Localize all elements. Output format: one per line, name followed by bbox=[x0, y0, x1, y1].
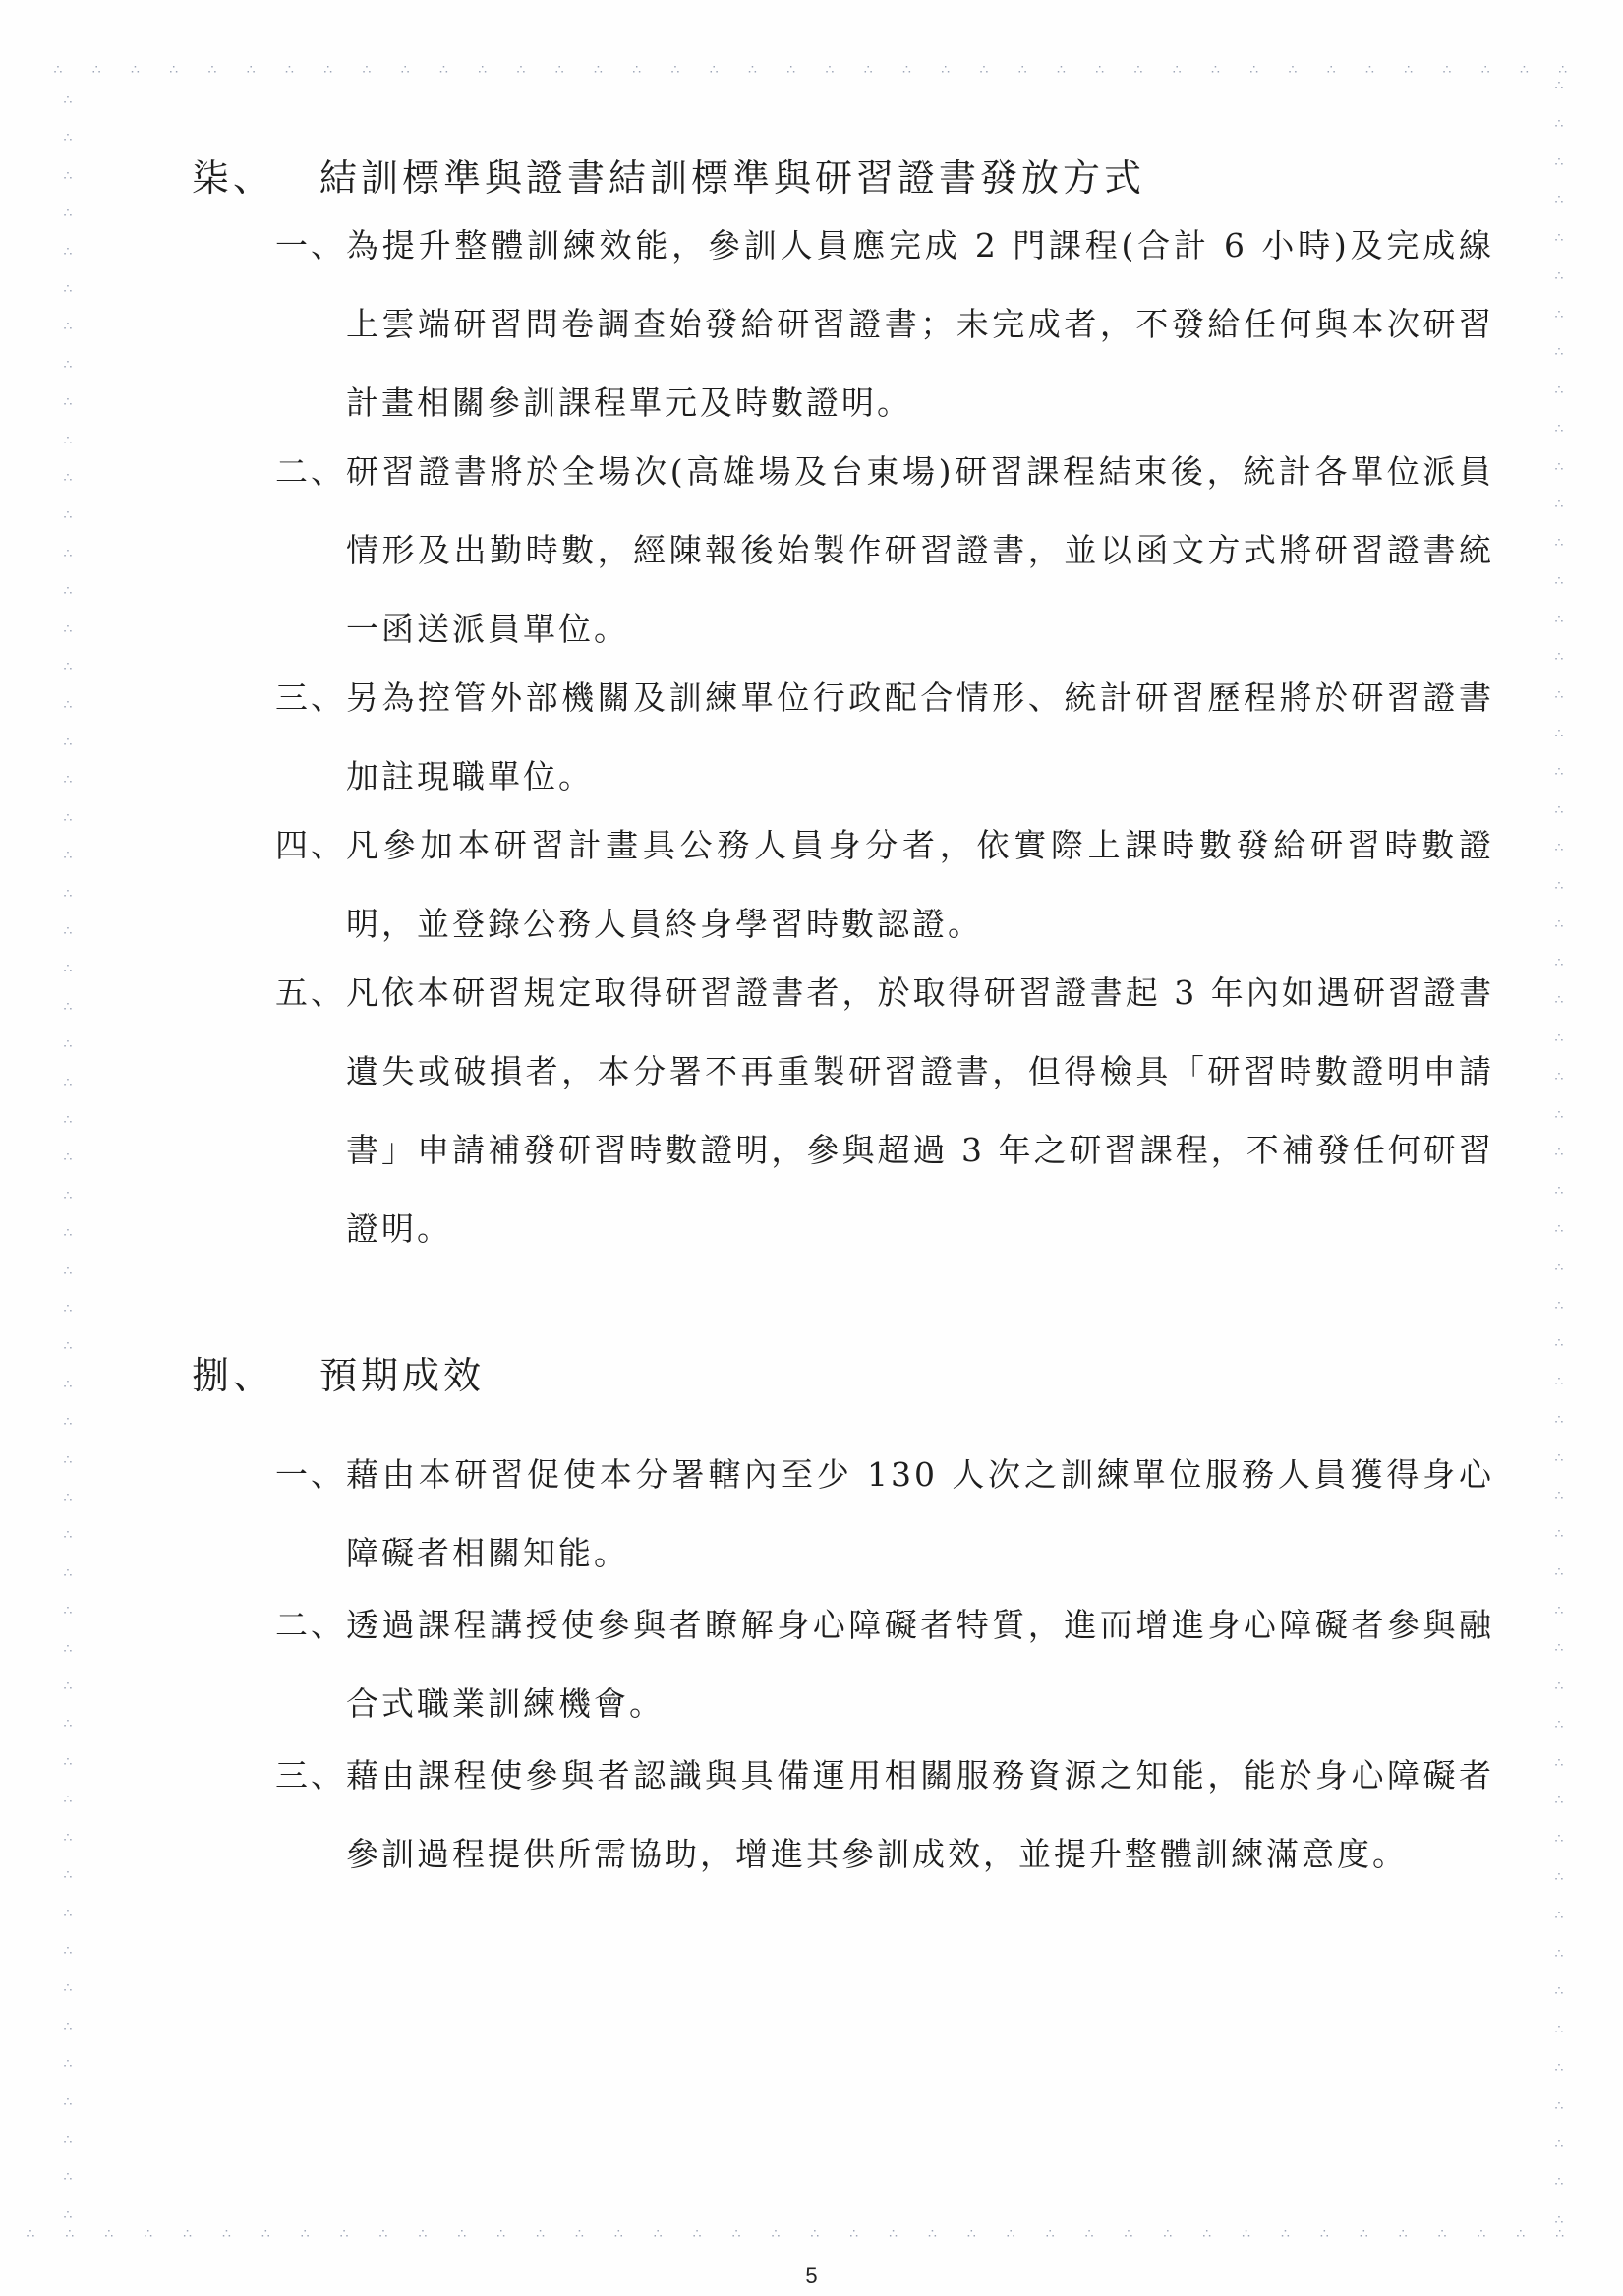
border-ornament-icon: ∴ bbox=[1552, 1565, 1566, 1579]
border-ornament-icon: ∴ bbox=[360, 63, 374, 77]
border-ornament-icon: ∴ bbox=[61, 1981, 75, 1995]
border-ornament-icon: ∴ bbox=[572, 2227, 586, 2241]
border-ornament-icon: ∴ bbox=[61, 1566, 75, 1580]
border-ornament-icon: ∴ bbox=[61, 1604, 75, 1618]
border-ornament-icon: ∴ bbox=[61, 93, 75, 107]
item-marker: 三、 bbox=[275, 1737, 346, 1815]
list-item: 二、 研習證書將於全場次(高雄場及台東場)研習課程結束後，統計各單位派員情形及出… bbox=[275, 433, 1494, 669]
border-ornament-icon: ∴ bbox=[1552, 1261, 1566, 1274]
border-ornament-icon: ∴ bbox=[61, 2020, 75, 2033]
border-ornament-icon: ∴ bbox=[1552, 1527, 1566, 1541]
border-ornament-icon: ∴ bbox=[1475, 2227, 1488, 2241]
border-ornament-icon: ∴ bbox=[61, 2170, 75, 2184]
border-ornament-icon: ∴ bbox=[707, 63, 721, 77]
border-ornament-icon: ∴ bbox=[61, 471, 75, 485]
border-ornament-icon: ∴ bbox=[61, 660, 75, 674]
border-ornament-icon: ∴ bbox=[1200, 2227, 1214, 2241]
border-ornament-icon: ∴ bbox=[1552, 79, 1566, 92]
section-title: 預期成效 bbox=[319, 1354, 485, 1397]
border-ornament-icon: ∴ bbox=[1552, 231, 1566, 245]
border-ornament-icon: ∴ bbox=[1552, 536, 1566, 550]
border-ornament-icon: ∴ bbox=[1170, 63, 1184, 77]
border-ornament-icon: ∴ bbox=[51, 63, 65, 77]
item-text: 另為控管外部機關及訓練單位行政配合情形、統計研習歷程將於研習證書加註現職單位。 bbox=[346, 659, 1494, 816]
border-ornament-icon: ∴ bbox=[1518, 63, 1532, 77]
border-ornament-icon: ∴ bbox=[244, 63, 258, 77]
border-ornament-icon: ∴ bbox=[61, 206, 75, 220]
border-ornament-icon: ∴ bbox=[61, 282, 75, 296]
border-ornament-icon: ∴ bbox=[1552, 879, 1566, 893]
border-ornament-icon: ∴ bbox=[1552, 765, 1566, 779]
document-page: ∴∴∴∴∴∴∴∴∴∴∴∴∴∴∴∴∴∴∴∴∴∴∴∴∴∴∴∴∴∴∴∴∴∴∴∴∴∴∴∴… bbox=[0, 0, 1623, 2296]
border-ornament-icon: ∴ bbox=[630, 63, 644, 77]
border-ornament-icon: ∴ bbox=[61, 1907, 75, 1920]
border-ornament-icon: ∴ bbox=[61, 1528, 75, 1542]
border-ornament-icon: ∴ bbox=[61, 395, 75, 409]
border-ornament-icon: ∴ bbox=[925, 2227, 939, 2241]
border-ornament-icon: ∴ bbox=[61, 1339, 75, 1353]
border-ornament-icon: ∴ bbox=[1093, 63, 1107, 77]
border-ornament-icon: ∴ bbox=[24, 2227, 37, 2241]
border-ornament-icon: ∴ bbox=[1552, 1451, 1566, 1465]
item-marker: 三、 bbox=[275, 659, 346, 737]
border-ornament-icon: ∴ bbox=[729, 2227, 743, 2241]
page-number: 5 bbox=[0, 2264, 1623, 2289]
section-heading-8: 捌、預期成效 bbox=[192, 1345, 485, 1399]
border-ornament-icon: ∴ bbox=[61, 1793, 75, 1806]
border-ornament-icon: ∴ bbox=[61, 1226, 75, 1240]
border-ornament-icon: ∴ bbox=[847, 2227, 861, 2241]
border-ornament-icon: ∴ bbox=[1552, 2213, 1566, 2227]
border-ornament-icon: ∴ bbox=[283, 63, 297, 77]
border-ornament-icon: ∴ bbox=[61, 1491, 75, 1504]
border-ornament-icon: ∴ bbox=[298, 2227, 312, 2241]
border-ornament-icon: ∴ bbox=[1279, 2227, 1293, 2241]
item-marker: 二、 bbox=[275, 1586, 346, 1665]
border-ornament-icon: ∴ bbox=[61, 698, 75, 712]
border-ornament-icon: ∴ bbox=[1015, 63, 1029, 77]
border-ornament-icon: ∴ bbox=[887, 2227, 900, 2241]
border-ornament-icon: ∴ bbox=[61, 1755, 75, 1769]
border-ornament-icon: ∴ bbox=[61, 1415, 75, 1429]
item-text: 研習證書將於全場次(高雄場及台東場)研習課程結束後，統計各單位派員情形及出勤時數… bbox=[346, 433, 1494, 669]
border-ornament-icon: ∴ bbox=[259, 2227, 272, 2241]
border-ornament-icon: ∴ bbox=[823, 63, 837, 77]
border-ornament-icon: ∴ bbox=[1553, 2227, 1567, 2241]
border-ornament-icon: ∴ bbox=[977, 63, 991, 77]
border-ornament-icon: ∴ bbox=[61, 1076, 75, 1089]
border-ornament-icon: ∴ bbox=[939, 63, 953, 77]
border-ornament-icon: ∴ bbox=[1552, 498, 1566, 511]
list-item: 一、 藉由本研習促使本分署轄內至少 130 人次之訓練單位服務人員獲得身心障礙者… bbox=[275, 1436, 1494, 1593]
border-ornament-icon: ∴ bbox=[1122, 2227, 1135, 2241]
border-ornament-icon: ∴ bbox=[61, 2095, 75, 2109]
border-ornament-icon: ∴ bbox=[552, 63, 566, 77]
border-ornament-icon: ∴ bbox=[1161, 2227, 1175, 2241]
border-ornament-icon: ∴ bbox=[1552, 917, 1566, 931]
border-ornament-icon: ∴ bbox=[61, 1000, 75, 1014]
border-ornament-icon: ∴ bbox=[964, 2227, 978, 2241]
border-ornament-icon: ∴ bbox=[61, 1150, 75, 1164]
border-ornament-icon: ∴ bbox=[1552, 1222, 1566, 1236]
border-ornament-icon: ∴ bbox=[1247, 63, 1261, 77]
list-item: 三、 藉由課程使參與者認識與具備運用相關服務資源之知能，能於身心障礙者參訓過程提… bbox=[275, 1737, 1494, 1894]
border-ornament-icon: ∴ bbox=[1552, 993, 1566, 1007]
border-ornament-icon: ∴ bbox=[1552, 422, 1566, 436]
border-ornament-icon: ∴ bbox=[61, 434, 75, 447]
border-ornament-icon: ∴ bbox=[1552, 383, 1566, 397]
item-marker: 四、 bbox=[275, 806, 346, 885]
border-ornament-icon: ∴ bbox=[1552, 308, 1566, 322]
list-item: 三、 另為控管外部機關及訓練單位行政配合情形、統計研習歷程將於研習證書加註現職單… bbox=[275, 659, 1494, 816]
border-ornament-icon: ∴ bbox=[61, 773, 75, 787]
border-ornament-icon: ∴ bbox=[61, 320, 75, 333]
border-ornament-icon: ∴ bbox=[416, 2227, 430, 2241]
border-ornament-icon: ∴ bbox=[1552, 803, 1566, 817]
border-ornament-icon: ∴ bbox=[900, 63, 914, 77]
item-text: 凡參加本研習計畫具公務人員身分者，依實際上課時數發給研習時數證明，並登錄公務人員… bbox=[346, 806, 1494, 964]
item-marker: 五、 bbox=[275, 954, 346, 1032]
border-ornament-icon: ∴ bbox=[1055, 63, 1069, 77]
border-ornament-icon: ∴ bbox=[1317, 2227, 1331, 2241]
border-ornament-icon: ∴ bbox=[1004, 2227, 1017, 2241]
border-ornament-icon: ∴ bbox=[1396, 2227, 1410, 2241]
border-ornament-icon: ∴ bbox=[61, 508, 75, 522]
border-ornament-icon: ∴ bbox=[437, 63, 451, 77]
border-ornament-icon: ∴ bbox=[1552, 1413, 1566, 1427]
border-ornament-icon: ∴ bbox=[61, 736, 75, 749]
item-text: 為提升整體訓練效能，參訓人員應完成 2 門課程(合計 6 小時)及完成線上雲端研… bbox=[346, 206, 1494, 442]
border-ornament-icon: ∴ bbox=[61, 584, 75, 598]
border-ornament-icon: ∴ bbox=[1552, 155, 1566, 169]
border-ornament-icon: ∴ bbox=[167, 63, 181, 77]
border-ornament-icon: ∴ bbox=[61, 2057, 75, 2071]
border-ornament-icon: ∴ bbox=[1552, 841, 1566, 854]
border-ornament-icon: ∴ bbox=[61, 811, 75, 825]
border-ornament-icon: ∴ bbox=[1552, 1679, 1566, 1693]
border-ornament-icon: ∴ bbox=[1324, 63, 1338, 77]
border-ornament-icon: ∴ bbox=[219, 2227, 233, 2241]
border-ornament-icon: ∴ bbox=[61, 547, 75, 560]
border-ornament-icon: ∴ bbox=[1082, 2227, 1096, 2241]
border-ornament-icon: ∴ bbox=[1552, 956, 1566, 970]
border-ornament-icon: ∴ bbox=[746, 63, 760, 77]
border-ornament-icon: ∴ bbox=[398, 63, 412, 77]
decorative-border-top: ∴∴∴∴∴∴∴∴∴∴∴∴∴∴∴∴∴∴∴∴∴∴∴∴∴∴∴∴∴∴∴∴∴∴∴∴∴∴∴∴ bbox=[51, 63, 1570, 83]
border-ornament-icon: ∴ bbox=[1478, 63, 1492, 77]
border-ornament-icon: ∴ bbox=[1552, 727, 1566, 740]
decorative-border-right: ∴∴∴∴∴∴∴∴∴∴∴∴∴∴∴∴∴∴∴∴∴∴∴∴∴∴∴∴∴∴∴∴∴∴∴∴∴∴∴∴… bbox=[1552, 79, 1572, 2227]
border-ornament-icon: ∴ bbox=[494, 2227, 508, 2241]
section-title: 結訓標準與證書結訓標準與研習證書發放方式 bbox=[319, 156, 1145, 200]
border-ornament-icon: ∴ bbox=[1552, 1336, 1566, 1350]
border-ornament-icon: ∴ bbox=[61, 1831, 75, 1845]
border-ornament-icon: ∴ bbox=[1552, 1794, 1566, 1807]
border-ornament-icon: ∴ bbox=[377, 2227, 390, 2241]
border-ornament-icon: ∴ bbox=[1552, 1756, 1566, 1770]
section-heading-7: 柒、結訓標準與證書結訓標準與研習證書發放方式 bbox=[192, 147, 1145, 202]
border-ornament-icon: ∴ bbox=[1440, 63, 1454, 77]
border-ornament-icon: ∴ bbox=[61, 1265, 75, 1278]
border-ornament-icon: ∴ bbox=[61, 2133, 75, 2147]
border-ornament-icon: ∴ bbox=[61, 924, 75, 938]
border-ornament-icon: ∴ bbox=[1552, 574, 1566, 588]
border-ornament-icon: ∴ bbox=[129, 63, 143, 77]
border-ornament-icon: ∴ bbox=[61, 1189, 75, 1203]
border-ornament-icon: ∴ bbox=[1552, 1146, 1566, 1159]
border-ornament-icon: ∴ bbox=[592, 63, 606, 77]
border-ornament-icon: ∴ bbox=[611, 2227, 625, 2241]
item-text: 透過課程講授使參與者瞭解身心障礙者特質，進而增進身心障礙者參與融合式職業訓練機會… bbox=[346, 1586, 1494, 1743]
border-ornament-icon: ∴ bbox=[1043, 2227, 1057, 2241]
border-ornament-icon: ∴ bbox=[61, 1037, 75, 1051]
border-ornament-icon: ∴ bbox=[784, 63, 798, 77]
border-ornament-icon: ∴ bbox=[1552, 345, 1566, 359]
border-ornament-icon: ∴ bbox=[61, 1378, 75, 1391]
border-ornament-icon: ∴ bbox=[61, 2208, 75, 2222]
border-ornament-icon: ∴ bbox=[1552, 1299, 1566, 1313]
border-ornament-icon: ∴ bbox=[514, 63, 528, 77]
border-ornament-icon: ∴ bbox=[61, 1679, 75, 1693]
border-ornament-icon: ∴ bbox=[61, 358, 75, 372]
border-ornament-icon: ∴ bbox=[476, 63, 490, 77]
border-ornament-icon: ∴ bbox=[1552, 1604, 1566, 1618]
border-ornament-icon: ∴ bbox=[61, 1453, 75, 1467]
border-ornament-icon: ∴ bbox=[1552, 1832, 1566, 1846]
border-ornament-icon: ∴ bbox=[1552, 1070, 1566, 1084]
list-item: 四、 凡參加本研習計畫具公務人員身分者，依實際上課時數發給研習時數證明，並登錄公… bbox=[275, 806, 1494, 964]
list-item: 五、 凡依本研習規定取得研習證書者，於取得研習證書起 3 年內如遇研習證書遺失或… bbox=[275, 954, 1494, 1268]
border-ornament-icon: ∴ bbox=[321, 63, 335, 77]
border-ornament-icon: ∴ bbox=[668, 63, 682, 77]
border-ornament-icon: ∴ bbox=[769, 2227, 783, 2241]
border-ornament-icon: ∴ bbox=[1552, 2175, 1566, 2189]
border-ornament-icon: ∴ bbox=[205, 63, 219, 77]
border-ornament-icon: ∴ bbox=[1552, 1718, 1566, 1732]
border-ornament-icon: ∴ bbox=[1552, 269, 1566, 283]
border-ornament-icon: ∴ bbox=[690, 2227, 704, 2241]
border-ornament-icon: ∴ bbox=[1552, 650, 1566, 664]
border-ornament-icon: ∴ bbox=[1552, 613, 1566, 626]
border-ornament-icon: ∴ bbox=[1552, 2099, 1566, 2113]
border-ornament-icon: ∴ bbox=[1552, 1184, 1566, 1198]
border-ornament-icon: ∴ bbox=[61, 1868, 75, 1882]
border-ornament-icon: ∴ bbox=[1131, 63, 1145, 77]
border-ornament-icon: ∴ bbox=[1209, 63, 1223, 77]
border-ornament-icon: ∴ bbox=[1552, 1108, 1566, 1122]
border-ornament-icon: ∴ bbox=[861, 63, 875, 77]
border-ornament-icon: ∴ bbox=[1357, 2227, 1370, 2241]
border-ornament-icon: ∴ bbox=[1552, 117, 1566, 131]
decorative-border-left: ∴∴∴∴∴∴∴∴∴∴∴∴∴∴∴∴∴∴∴∴∴∴∴∴∴∴∴∴∴∴∴∴∴∴∴∴∴∴∴∴… bbox=[61, 93, 81, 2222]
border-ornament-icon: ∴ bbox=[1556, 63, 1570, 77]
border-ornament-icon: ∴ bbox=[89, 63, 103, 77]
border-ornament-icon: ∴ bbox=[61, 962, 75, 975]
border-ornament-icon: ∴ bbox=[1514, 2227, 1528, 2241]
border-ornament-icon: ∴ bbox=[337, 2227, 351, 2241]
list-item: 二、 透過課程講授使參與者瞭解身心障礙者特質，進而增進身心障礙者參與融合式職業訓… bbox=[275, 1586, 1494, 1743]
border-ornament-icon: ∴ bbox=[61, 887, 75, 901]
item-text: 凡依本研習規定取得研習證書者，於取得研習證書起 3 年內如遇研習證書遺失或破損者… bbox=[346, 954, 1494, 1268]
border-ornament-icon: ∴ bbox=[1552, 1641, 1566, 1655]
border-ornament-icon: ∴ bbox=[1552, 1984, 1566, 1998]
border-ornament-icon: ∴ bbox=[651, 2227, 665, 2241]
border-ornament-icon: ∴ bbox=[1552, 2137, 1566, 2150]
border-ornament-icon: ∴ bbox=[63, 2227, 77, 2241]
list-item: 一、 為提升整體訓練效能，參訓人員應完成 2 門課程(合計 6 小時)及完成線上… bbox=[275, 206, 1494, 442]
border-ornament-icon: ∴ bbox=[455, 2227, 469, 2241]
border-ornament-icon: ∴ bbox=[181, 2227, 195, 2241]
border-ornament-icon: ∴ bbox=[1552, 2023, 1566, 2036]
border-ornament-icon: ∴ bbox=[61, 1642, 75, 1656]
item-marker: 一、 bbox=[275, 206, 346, 285]
border-ornament-icon: ∴ bbox=[1552, 1375, 1566, 1388]
border-ornament-icon: ∴ bbox=[1552, 688, 1566, 702]
item-marker: 一、 bbox=[275, 1436, 346, 1514]
section-number: 柒、 bbox=[192, 147, 319, 202]
border-ornament-icon: ∴ bbox=[61, 1302, 75, 1316]
border-ornament-icon: ∴ bbox=[1552, 1870, 1566, 1884]
item-text: 藉由課程使參與者認識與具備運用相關服務資源之知能，能於身心障礙者參訓過程提供所需… bbox=[346, 1737, 1494, 1894]
border-ornament-icon: ∴ bbox=[61, 1113, 75, 1127]
border-ornament-icon: ∴ bbox=[534, 2227, 548, 2241]
border-ornament-icon: ∴ bbox=[1240, 2227, 1253, 2241]
border-ornament-icon: ∴ bbox=[102, 2227, 116, 2241]
border-ornament-icon: ∴ bbox=[1552, 460, 1566, 474]
border-ornament-icon: ∴ bbox=[1552, 193, 1566, 206]
border-ornament-icon: ∴ bbox=[61, 849, 75, 862]
border-ornament-icon: ∴ bbox=[61, 169, 75, 183]
border-ornament-icon: ∴ bbox=[1552, 1947, 1566, 1961]
border-ornament-icon: ∴ bbox=[1552, 1909, 1566, 1922]
border-ornament-icon: ∴ bbox=[1363, 63, 1377, 77]
border-ornament-icon: ∴ bbox=[1552, 1031, 1566, 1045]
border-ornament-icon: ∴ bbox=[1552, 1489, 1566, 1502]
decorative-border-bottom: ∴∴∴∴∴∴∴∴∴∴∴∴∴∴∴∴∴∴∴∴∴∴∴∴∴∴∴∴∴∴∴∴∴∴∴∴∴∴∴∴ bbox=[24, 2227, 1567, 2247]
border-ornament-icon: ∴ bbox=[1552, 2061, 1566, 2075]
border-ornament-icon: ∴ bbox=[1286, 63, 1300, 77]
item-text: 藉由本研習促使本分署轄內至少 130 人次之訓練單位服務人員獲得身心障礙者相關知… bbox=[346, 1436, 1494, 1593]
item-marker: 二、 bbox=[275, 433, 346, 511]
border-ornament-icon: ∴ bbox=[142, 2227, 155, 2241]
border-ornament-icon: ∴ bbox=[61, 131, 75, 145]
border-ornament-icon: ∴ bbox=[808, 2227, 822, 2241]
section-number: 捌、 bbox=[192, 1345, 319, 1399]
border-ornament-icon: ∴ bbox=[1435, 2227, 1449, 2241]
border-ornament-icon: ∴ bbox=[61, 245, 75, 259]
border-ornament-icon: ∴ bbox=[61, 1717, 75, 1731]
border-ornament-icon: ∴ bbox=[1402, 63, 1416, 77]
border-ornament-icon: ∴ bbox=[61, 1944, 75, 1958]
border-ornament-icon: ∴ bbox=[61, 622, 75, 636]
